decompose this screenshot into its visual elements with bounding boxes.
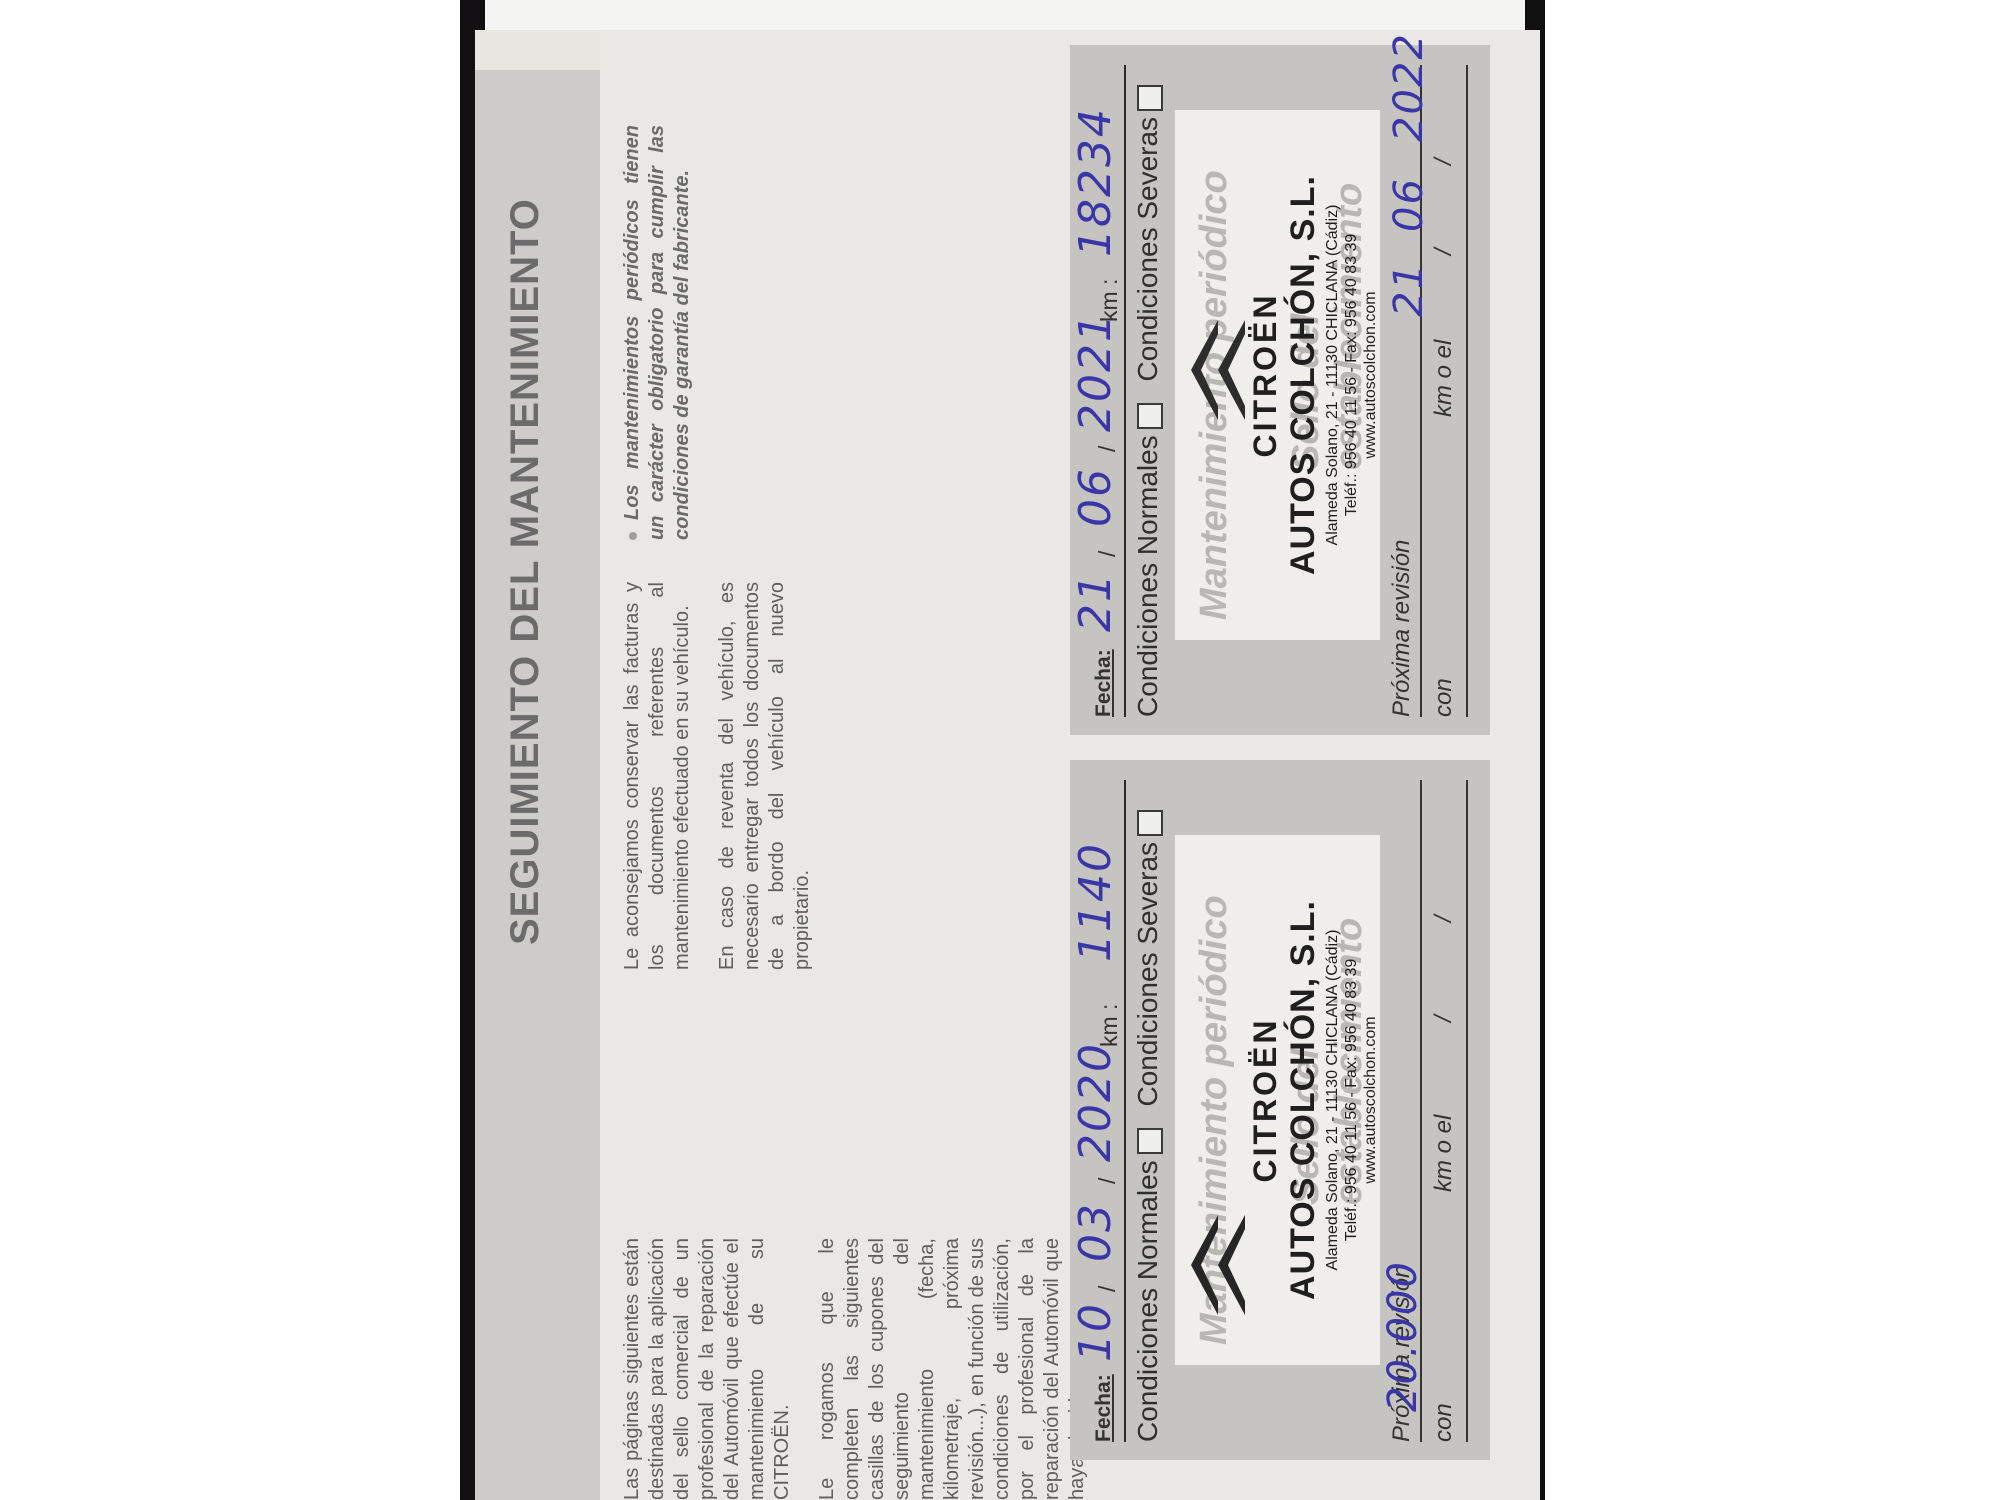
next-revision-line — [1466, 65, 1468, 717]
next-date-year: 2022 — [1386, 32, 1432, 142]
date-separator: / — [1430, 915, 1458, 922]
photo-frame: SEGUIMIENTO DEL MANTENIMIENTO Las página… — [460, 0, 1545, 1500]
next-date-month: 06 — [1386, 177, 1432, 232]
conditions-row: Condiciones Normales Condiciones Severas — [1132, 796, 1164, 1442]
with-label: con — [1430, 678, 1457, 717]
date-day: 21 — [1070, 572, 1121, 632]
stamp-address: Alameda Solano, 21 - 11130 CHICLANA (Cád… — [1323, 110, 1342, 640]
date-month: 06 — [1070, 467, 1121, 527]
date-year: 2020 — [1070, 1042, 1121, 1162]
warranty-note: Los mantenimientos periódicos tienen un … — [620, 125, 695, 540]
page-body: Las páginas siguientes están destinadas … — [600, 30, 1540, 1500]
maintenance-entry: Fecha: 21 / 06 / 2021 km : 18234 Condici… — [1070, 45, 1490, 735]
normal-conditions-checkbox[interactable] — [1137, 403, 1163, 429]
date-separator: / — [1094, 551, 1121, 557]
stamp-dealer: AUTOS COLCHÓN, S.L. — [1284, 835, 1323, 1365]
conditions-row: Condiciones Normales Condiciones Severas — [1132, 71, 1164, 717]
stamp-brand: CITROËN — [1247, 835, 1284, 1365]
next-km-value: 20.000 — [1380, 1260, 1426, 1412]
stamp-phones: Teléf.: 956 40 11 56 - Fax: 956 40 83 39 — [1342, 835, 1361, 1365]
dealer-stamp: CITROËN AUTOS COLCHÓN, S.L. Alameda Sola… — [1247, 110, 1380, 640]
intro-column-3: Los mantenimientos periódicos tienen un … — [620, 125, 715, 540]
normal-conditions-checkbox[interactable] — [1137, 1128, 1163, 1154]
stamp-brand: CITROËN — [1247, 110, 1284, 640]
km-value: 1140 — [1070, 842, 1121, 962]
date-separator: / — [1094, 1286, 1121, 1292]
booklet-page: SEGUIMIENTO DEL MANTENIMIENTO Las página… — [475, 30, 1540, 1500]
intro-column-2: Le aconsejamos conservar las facturas y … — [620, 582, 835, 970]
km-or-on-label: km o el — [1430, 1115, 1458, 1192]
next-revision-label: Próxima revisión — [1388, 65, 1416, 717]
severe-conditions-checkbox[interactable] — [1137, 810, 1163, 836]
date-month: 03 — [1070, 1202, 1121, 1262]
normal-conditions-label: Condiciones Normales — [1132, 1160, 1163, 1442]
km-or-on-label: km o el — [1430, 340, 1458, 417]
citroen-chevrons-icon — [1183, 1205, 1253, 1325]
stamp-dealer: AUTOS COLCHÓN, S.L. — [1284, 110, 1323, 640]
intro-paragraph: Las páginas siguientes están destinadas … — [620, 1238, 795, 1500]
date-year: 2021 — [1070, 312, 1121, 432]
date-day: 10 — [1070, 1302, 1121, 1362]
km-label: km : — [1096, 1004, 1123, 1047]
km-value: 18234 — [1070, 107, 1121, 257]
date-separator: / — [1430, 158, 1458, 165]
stamp-phones: Teléf.: 956 40 11 56 - Fax: 956 40 83 39 — [1342, 110, 1361, 640]
stamp-address: Alameda Solano, 21 - 11130 CHICLANA (Cád… — [1323, 835, 1342, 1365]
stamp-web: www.autoscolchon.com — [1361, 835, 1380, 1365]
intro-paragraph: Le aconsejamos conservar las facturas y … — [620, 582, 695, 970]
title-strip: SEGUIMIENTO DEL MANTENIMIENTO — [475, 70, 600, 1500]
next-revision-row: con 20.000 km o el / / — [1430, 780, 1458, 1442]
dealer-stamp: CITROËN AUTOS COLCHÓN, S.L. Alameda Sola… — [1247, 835, 1380, 1365]
stamp-area: Mantenimiento periódico Sello del establ… — [1175, 110, 1380, 640]
severe-conditions-label: Condiciones Severas — [1132, 117, 1163, 382]
with-label: con — [1430, 1403, 1457, 1442]
stamp-area: Mantenimiento periódico Sello del establ… — [1175, 835, 1380, 1365]
intro-column-1: Las páginas siguientes están destinadas … — [620, 1238, 1110, 1500]
severe-conditions-label: Condiciones Severas — [1132, 842, 1163, 1107]
next-revision-line — [1420, 65, 1422, 717]
next-revision-line — [1466, 780, 1468, 1442]
km-label: km : — [1096, 279, 1123, 322]
date-line: Fecha: 10 / 03 / 2020 km : 1140 — [1082, 780, 1126, 1442]
next-date-day: 21 — [1386, 262, 1432, 317]
date-separator: / — [1094, 1178, 1121, 1184]
page-title: SEGUIMIENTO DEL MANTENIMIENTO — [503, 198, 548, 945]
date-separator: / — [1430, 1015, 1458, 1022]
warranty-note-text: Los mantenimientos periódicos tienen un … — [621, 125, 693, 540]
date-label: Fecha: — [1092, 649, 1116, 717]
maintenance-entry: Fecha: 10 / 03 / 2020 km : 1140 Condicio… — [1070, 760, 1490, 1460]
stamp-web: www.autoscolchon.com — [1361, 110, 1380, 640]
date-separator: / — [1094, 446, 1121, 452]
intro-paragraph: Le rogamos que le completen las siguient… — [815, 1238, 1090, 1500]
date-line: Fecha: 21 / 06 / 2021 km : 18234 — [1082, 65, 1126, 717]
severe-conditions-checkbox[interactable] — [1137, 85, 1163, 111]
bullet-icon — [629, 532, 637, 540]
next-revision-row: con km o el 21 / 06 / 2022 — [1430, 65, 1458, 717]
normal-conditions-label: Condiciones Normales — [1132, 435, 1163, 717]
date-label: Fecha: — [1092, 1374, 1116, 1442]
date-separator: / — [1430, 248, 1458, 255]
intro-paragraph: En caso de reventa del vehículo, es nece… — [715, 582, 815, 970]
citroen-chevrons-icon — [1183, 310, 1253, 430]
